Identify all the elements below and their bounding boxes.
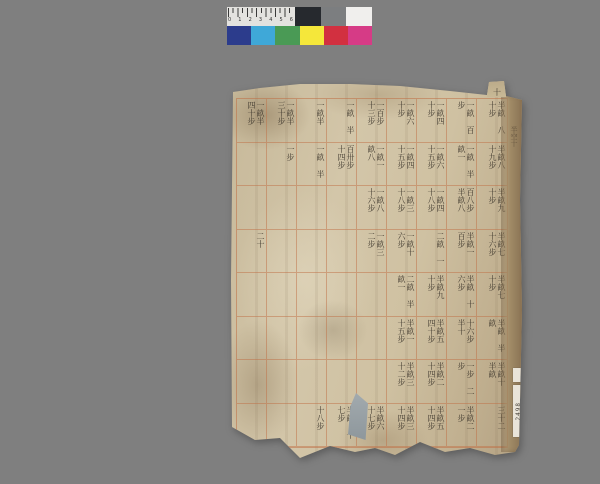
grayscale-patches [295, 7, 372, 26]
ruler-number: 1 [238, 17, 241, 23]
grid-cell [267, 317, 297, 361]
grid-cell: 一畝四 十五步 [387, 143, 417, 187]
color-patches [227, 26, 372, 45]
grid-cell: 一畝四 十八步 [417, 186, 447, 230]
grid-cell: 半畝一 十五步 [387, 317, 417, 361]
ruler-number: 4 [269, 17, 272, 23]
calibration-bar: 0123456 [227, 7, 372, 45]
grid-cell: 一畝三 二步 [357, 230, 387, 274]
grid-cell [237, 317, 267, 361]
ruler-number: 0 [228, 17, 231, 23]
grid-cell [327, 186, 357, 230]
grid-cell: 二畝 一 [417, 230, 447, 274]
grid-cell: 一步 二步 [447, 360, 477, 404]
patch-black [295, 7, 321, 26]
grid-cell [297, 317, 327, 361]
manuscript-grid: 一畝半 四十步一畝半 三十步一畝半一畝 半一百步 十三步一畝六 十步一畝四 十步… [236, 98, 508, 448]
grid-cell: 十六步 半十 [447, 317, 477, 361]
patch-green [275, 26, 299, 45]
small-label-chip [513, 368, 523, 382]
grid-cell: 一畝半 [297, 99, 327, 143]
grid-cell: 一畝六 十五步 [417, 143, 447, 187]
paper-tab: 十 [487, 81, 506, 97]
grid-cell [267, 360, 297, 404]
grid-cell: 一畝 半 [327, 99, 357, 143]
patch-white [346, 7, 372, 26]
grid-cell [297, 360, 327, 404]
grid-cell [327, 273, 357, 317]
photo-canvas: 0123456 一畝半 四十步一畝半 三十步一畝半一畝 半一百步 十三步一畝六 … [0, 0, 600, 484]
grid-cell: 半畝三 十二步 [387, 360, 417, 404]
grid-cell: 半畝五 四十步 [417, 317, 447, 361]
grid-cell: 一畝三 十八步 [387, 186, 417, 230]
grid-cell: 半畝五 十四步 [417, 404, 447, 448]
grid-cell [267, 273, 297, 317]
grid-cell [357, 273, 387, 317]
grid-cell: 一畝 百步 [447, 99, 477, 143]
manuscript-photo: 一畝半 四十步一畝半 三十步一畝半一畝 半一百步 十三步一畝六 十步一畝四 十步… [228, 80, 522, 462]
grid-cell: 百卅步 十四步 [327, 143, 357, 187]
patch-red [324, 26, 348, 45]
grid-cell [297, 230, 327, 274]
grid-cell: 二畝 半畝一 [387, 273, 417, 317]
grid-cell: 一畝四 十步 [417, 99, 447, 143]
grid-cell [237, 143, 267, 187]
grid-cell: 一畝六 十步 [387, 99, 417, 143]
ruler-scale: 0123456 [227, 7, 295, 26]
ruler-number: 2 [249, 17, 252, 23]
grid-cell [327, 317, 357, 361]
ruler-number: 6 [290, 17, 293, 23]
grid-cell: 半畝二 一步 [447, 404, 477, 448]
grid-cell [327, 360, 357, 404]
patch-yellow [300, 26, 324, 45]
grid-cell [267, 186, 297, 230]
tab-character: 十 [490, 88, 504, 96]
manuscript-paper: 一畝半 四十步一畝半 三十步一畝半一畝 半一百步 十三步一畝六 十步一畝四 十步… [228, 80, 522, 462]
grid-cell: 百八步 半畝八 [447, 186, 477, 230]
ruler-ticks [228, 8, 294, 17]
catalog-label: 2498 [513, 385, 524, 437]
edge-characters: 半空十 [510, 126, 518, 147]
grid-cell: 一畝十 六步 [387, 230, 417, 274]
ruler-number: 5 [279, 17, 282, 23]
grid-cell [357, 360, 387, 404]
grid-cell: 半畝二 十四步 [417, 360, 447, 404]
grid-cell: 一步 [267, 143, 297, 187]
ruler-numbers: 0123456 [227, 17, 295, 23]
grid-cell: 半畝三 十四步 [387, 404, 417, 448]
catalog-number: 2498 [515, 402, 522, 420]
grid-cell: 一畝八 十六步 [357, 186, 387, 230]
grid-cell [237, 186, 267, 230]
calibration-top-row: 0123456 [227, 7, 372, 26]
grid-cell: 一畝半 三十步 [267, 99, 297, 143]
grid-cell [237, 273, 267, 317]
grid-cell: 半畝九 十步 [417, 273, 447, 317]
grid-cell [267, 404, 297, 448]
grid-cell: 半畝一 百步 [447, 230, 477, 274]
grid-cell [297, 273, 327, 317]
grid-cell [237, 360, 267, 404]
grid-cell [357, 317, 387, 361]
patch-gray [321, 7, 347, 26]
grid-cell: 一百步 十三步 [357, 99, 387, 143]
grid-cell [267, 230, 297, 274]
grid-cell: 二十 [237, 230, 267, 274]
grid-cell: 一畝半 四十步 [237, 99, 267, 143]
grid-cell [297, 186, 327, 230]
ruler-number: 3 [259, 17, 262, 23]
grid-cell: 半畝 十六步 [447, 273, 477, 317]
grid-cell: 十八步 [297, 404, 327, 448]
grid-cell: 一畝 半 [297, 143, 327, 187]
patch-cyan [251, 26, 275, 45]
grid-cell [327, 230, 357, 274]
grid-cell: 一畝 半畝一 [447, 143, 477, 187]
grid-cell: 一畝一 畝八 [357, 143, 387, 187]
patch-blue [227, 26, 251, 45]
grid-cell [237, 404, 267, 448]
patch-magenta [348, 26, 372, 45]
